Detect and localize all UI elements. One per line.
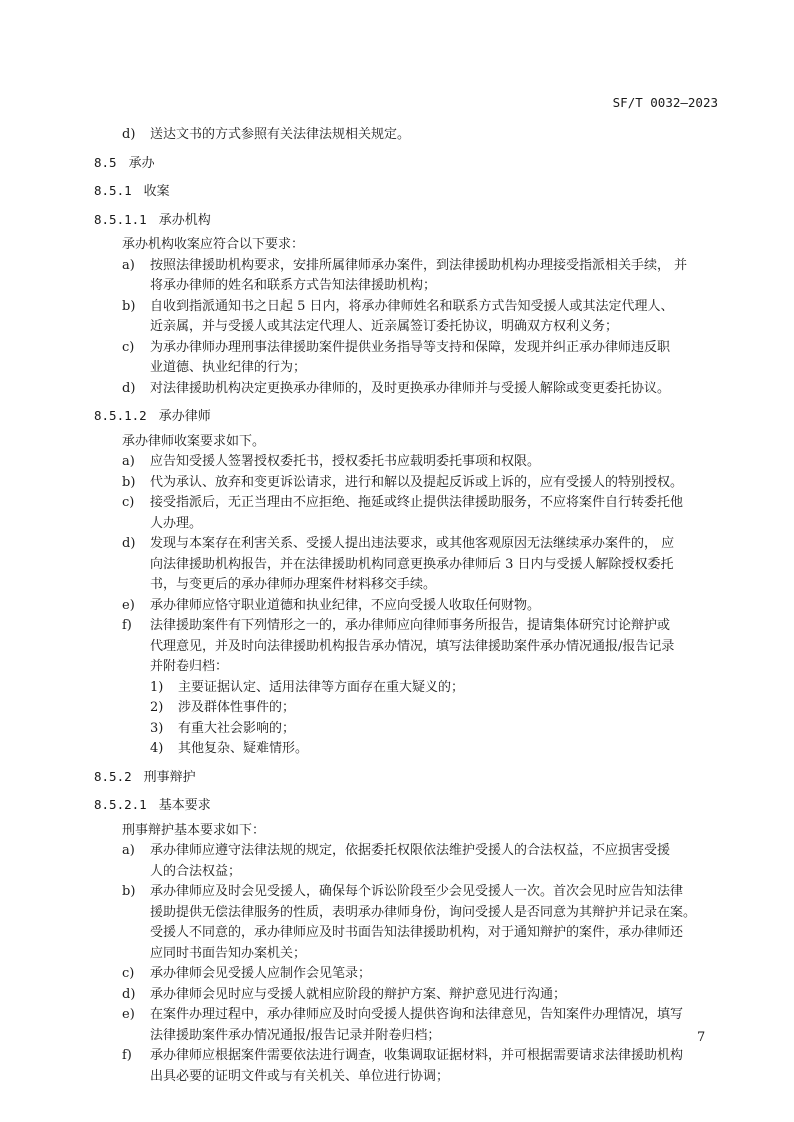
section-heading-8-5-2-1: 8.5.2.1基本要求 — [94, 795, 718, 817]
list-label: e) — [122, 596, 135, 617]
document-id: SF/T 0032—2023 — [613, 95, 718, 110]
list-item: d)送达文书的方式参照有关法律法规相关规定。 — [94, 125, 718, 146]
list-label: c) — [122, 493, 134, 514]
list-text-line: 为承办律师办理刑事法律援助案件提供业务指导等支持和保障，发现并纠正承办律师违反职 — [150, 338, 718, 359]
list-text-line: 向法律援助机构报告，并在法律援助机构同意更换承办律师后 3 日内与受援人解除授权… — [150, 555, 718, 576]
list-label: a) — [122, 256, 135, 277]
list-item: c)为承办律师办理刑事法律援助案件提供业务指导等支持和保障，发现并纠正承办律师违… — [94, 338, 718, 379]
section-intro: 刑事辩护基本要求如下： — [94, 821, 718, 842]
list-text-line: 法律援助案件有下列情形之一的，承办律师应向律师事务所报告，提请集体研究讨论辩护或 — [150, 616, 718, 637]
list-8-5-1-2: a)应告知受援人签署授权委托书，授权委托书应载明委托事项和权限。b)代为承认、放… — [94, 452, 718, 678]
sub-list-item: 3)有重大社会影响的； — [94, 719, 718, 740]
list-label: f) — [122, 616, 132, 637]
list-text-line: 受援人不同意的，承办律师应及时书面告知法律援助机构，对于通知辩护的案件，承办律师… — [150, 923, 718, 944]
list-item: d)发现与本案存在利害关系、受援人提出违法要求，或其他客观原因无法继续承办案件的… — [94, 534, 718, 596]
list-item: b)承办律师应及时会见受援人，确保每个诉讼阶段至少会见受援人一次。首次会见时应告… — [94, 882, 718, 964]
sub-list-item: 2)涉及群体性事件的； — [94, 698, 718, 719]
list-text-line: 承办律师应及时会见受援人，确保每个诉讼阶段至少会见受援人一次。首次会见时应告知法… — [150, 882, 718, 903]
list-item: e)承办律师应恪守职业道德和执业纪律，不应向受援人收取任何财物。 — [94, 596, 718, 617]
list-text-line: 出具必要的证明文件或与有关机关、单位进行协调； — [150, 1067, 718, 1088]
list-text-line: 承办律师应根据案件需要依法进行调查，收集调取证据材料，并可根据需要请求法律援助机… — [150, 1046, 718, 1067]
section-intro: 承办律师收案要求如下。 — [94, 432, 718, 453]
sub-list-label: 4) — [150, 739, 163, 760]
list-text-line: 并附卷归档： — [150, 657, 718, 678]
list-label: a) — [122, 452, 135, 473]
section-heading-8-5-2: 8.5.2刑事辩护 — [94, 767, 718, 789]
list-label: d) — [122, 379, 135, 400]
list-label: f) — [122, 1046, 132, 1067]
list-text-line: 书，与变更后的承办律师办理案件材料移交手续。 — [150, 575, 718, 596]
list-item: b)自收到指派通知书之日起 5 日内，将承办律师姓名和联系方式告知受援人或其法定… — [94, 297, 718, 338]
sub-list-label: 3) — [150, 719, 163, 740]
list-text-line: 承办律师会见时应与受援人就相应阶段的辩护方案、辩护意见进行沟通； — [150, 985, 718, 1006]
list-item: a)按照法律援助机构要求，安排所属律师承办案件，到法律援助机构办理接受指派相关手… — [94, 256, 718, 297]
list-text-line: 自收到指派通知书之日起 5 日内，将承办律师姓名和联系方式告知受援人或其法定代理… — [150, 297, 718, 318]
list-label: b) — [122, 882, 135, 903]
page-content: d)送达文书的方式参照有关法律法规相关规定。 8.5承办 8.5.1收案 8.5… — [94, 125, 718, 1087]
list-item: f)法律援助案件有下列情形之一的，承办律师应向律师事务所报告，提请集体研究讨论辩… — [94, 616, 718, 678]
list-item: f)承办律师应根据案件需要依法进行调查，收集调取证据材料，并可根据需要请求法律援… — [94, 1046, 718, 1087]
list-text-line: 接受指派后，无正当理由不应拒绝、拖延或终止提供法律援助服务，不应将案件自行转委托… — [150, 493, 718, 514]
list-text-line: 代为承认、放弃和变更诉讼请求，进行和解以及提起反诉或上诉的，应有受援人的特别授权… — [150, 473, 718, 494]
list-item: c)接受指派后，无正当理由不应拒绝、拖延或终止提供法律援助服务，不应将案件自行转… — [94, 493, 718, 534]
sub-list-item: 1)主要证据认定、适用法律等方面存在重大疑义的； — [94, 678, 718, 699]
sub-list-label: 1) — [150, 678, 163, 699]
list-text-line: 应同时书面告知办案机关； — [150, 944, 718, 965]
list-8-5-2-1: a)承办律师应遵守法律法规的规定，依据委托权限依法维护受援人的合法权益，不应损害… — [94, 841, 718, 1087]
page-number: 7 — [697, 1030, 705, 1045]
list-text-line: 援助提供无偿法律服务的性质，表明承办律师身份，询问受援人是否同意为其辩护并记录在… — [150, 903, 718, 924]
document-page: SF/T 0032—2023 d)送达文书的方式参照有关法律法规相关规定。 8.… — [0, 0, 794, 1122]
list-label: e) — [122, 1005, 135, 1026]
list-text-line: 法律援助案件承办情况通报/报告记录并附卷归档； — [150, 1026, 718, 1047]
list-item: b)代为承认、放弃和变更诉讼请求，进行和解以及提起反诉或上诉的，应有受援人的特别… — [94, 473, 718, 494]
list-text-line: 人的合法权益； — [150, 862, 718, 883]
list-8-5-1-1: a)按照法律援助机构要求，安排所属律师承办案件，到法律援助机构办理接受指派相关手… — [94, 256, 718, 400]
sub-list-label: 2) — [150, 698, 163, 719]
section-heading-8-5-1: 8.5.1收案 — [94, 181, 718, 203]
section-intro: 承办机构收案应符合以下要求： — [94, 235, 718, 256]
list-item: d)承办律师会见时应与受援人就相应阶段的辩护方案、辩护意见进行沟通； — [94, 985, 718, 1006]
list-text-line: 对法律援助机构决定更换承办律师的，及时更换承办律师并与受援人解除或变更委托协议。 — [150, 379, 718, 400]
list-item: c)承办律师会见受援人应制作会见笔录； — [94, 964, 718, 985]
list-text-line: 应告知受援人签署授权委托书，授权委托书应载明委托事项和权限。 — [150, 452, 718, 473]
list-item: e)在案件办理过程中，承办律师应及时向受援人提供咨询和法律意见，告知案件办理情况… — [94, 1005, 718, 1046]
sub-list-text: 涉及群体性事件的； — [178, 700, 295, 715]
list-text-line: 人办理。 — [150, 514, 718, 535]
section-heading-8-5: 8.5承办 — [94, 153, 718, 175]
list-text-line: 承办律师会见受援人应制作会见笔录； — [150, 964, 718, 985]
list-text-line: 代理意见，并及时向法律援助机构报告承办情况，填写法律援助案件承办情况通报/报告记… — [150, 637, 718, 658]
list-text-line: 承办律师应遵守法律法规的规定，依据委托权限依法维护受援人的合法权益，不应损害受援 — [150, 841, 718, 862]
list-text-line: 承办律师应恪守职业道德和执业纪律，不应向受援人收取任何财物。 — [150, 596, 718, 617]
list-text-line: 业道德、执业纪律的行为； — [150, 358, 718, 379]
list-text-line: 在案件办理过程中，承办律师应及时向受援人提供咨询和法律意见，告知案件办理情况，填… — [150, 1005, 718, 1026]
list-text-line: 按照法律援助机构要求，安排所属律师承办案件，到法律援助机构办理接受指派相关手续，… — [150, 256, 718, 277]
section-heading-8-5-1-1: 8.5.1.1承办机构 — [94, 210, 718, 232]
list-text-line: 将承办律师的姓名和联系方式告知法律援助机构； — [150, 276, 718, 297]
sublist-8-5-1-2: 1)主要证据认定、适用法律等方面存在重大疑义的；2)涉及群体性事件的；3)有重大… — [94, 678, 718, 760]
list-item: a)应告知受援人签署授权委托书，授权委托书应载明委托事项和权限。 — [94, 452, 718, 473]
list-text-line: 发现与本案存在利害关系、受援人提出违法要求，或其他客观原因无法继续承办案件的， … — [150, 534, 718, 555]
list-item: a)承办律师应遵守法律法规的规定，依据委托权限依法维护受援人的合法权益，不应损害… — [94, 841, 718, 882]
list-label: a) — [122, 841, 135, 862]
list-label: b) — [122, 473, 135, 494]
list-label: d) — [122, 534, 135, 555]
list-label: d) — [122, 985, 135, 1006]
sub-list-text: 其他复杂、疑难情形。 — [178, 741, 308, 756]
list-label: c) — [122, 964, 134, 985]
list-label: b) — [122, 297, 135, 318]
section-heading-8-5-1-2: 8.5.1.2承办律师 — [94, 406, 718, 428]
sub-list-text: 主要证据认定、适用法律等方面存在重大疑义的； — [178, 680, 464, 695]
list-text-line: 近亲属，并与受援人或其法定代理人、近亲属签订委托协议，明确双方权利义务； — [150, 317, 718, 338]
sub-list-text: 有重大社会影响的； — [178, 721, 295, 736]
sub-list-item: 4)其他复杂、疑难情形。 — [94, 739, 718, 760]
list-item: d)对法律援助机构决定更换承办律师的，及时更换承办律师并与受援人解除或变更委托协… — [94, 379, 718, 400]
list-label: c) — [122, 338, 134, 359]
